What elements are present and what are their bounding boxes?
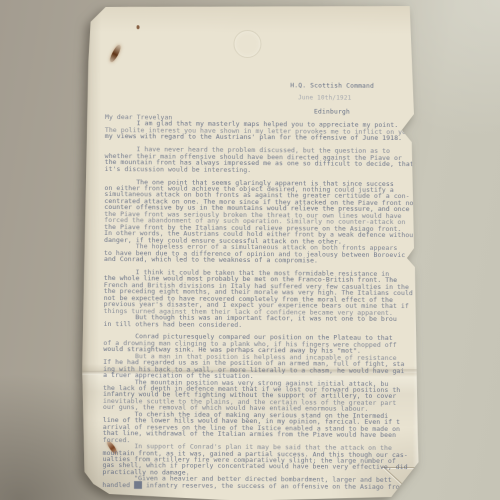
letterhead-command: H.Q. Scottish Command [284, 82, 380, 91]
stain-dot-icon [137, 25, 140, 29]
embossed-watermark-icon [233, 30, 261, 58]
stain-top-icon [108, 44, 122, 64]
letter-paper-wrap: H.Q. Scottish Command Edinburgh June 10t… [81, 2, 424, 500]
photograph-background: H.Q. Scottish Command Edinburgh June 10t… [0, 0, 500, 500]
letter-paper: H.Q. Scottish Command Edinburgh June 10t… [81, 2, 424, 500]
date-line: June 10th/1921 [298, 94, 351, 101]
letter-body: My dear Trevelyan I am glad that my mast… [102, 114, 423, 490]
letter-line: handled ██ infantry reserves, the succes… [102, 482, 420, 491]
